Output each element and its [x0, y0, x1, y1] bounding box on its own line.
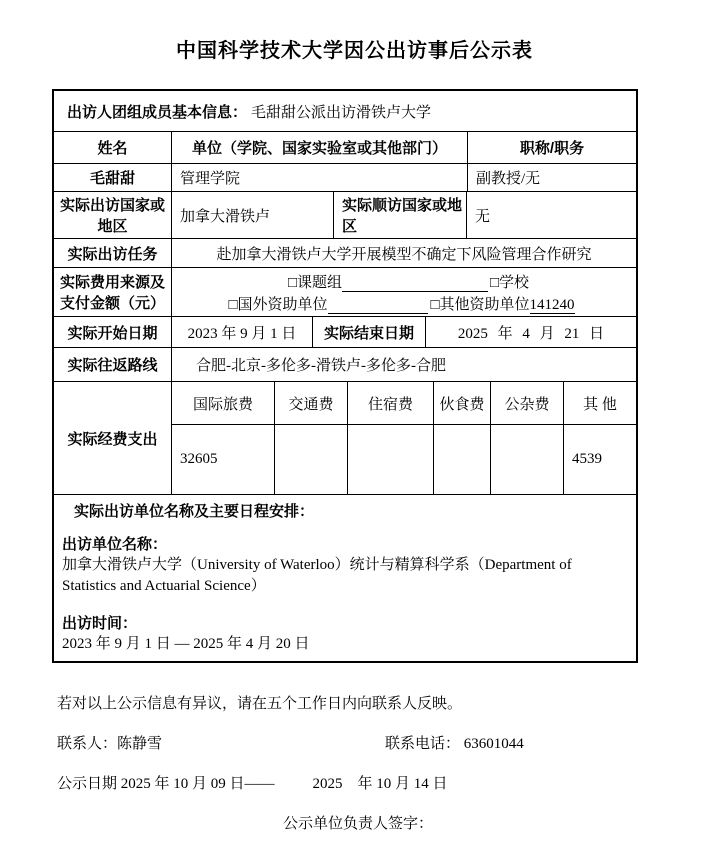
row-basic-info: 出访人团组成员基本信息： 毛甜甜公派出访滑铁卢大学	[54, 91, 636, 132]
header-position: 职称/职务	[468, 132, 636, 163]
expense-col-other: 其 他	[564, 382, 636, 424]
checkbox-icon: □	[288, 275, 297, 292]
expense-col-lodging: 住宿费	[348, 382, 434, 424]
country-value: 加拿大滑铁卢	[172, 192, 334, 238]
page-title: 中国科学技术大学因公出访事后公示表	[0, 34, 709, 63]
task-value: 赴加拿大滑铁卢大学开展模型不确定下风险管理合作研究	[172, 239, 636, 267]
member-position: 副教授/无	[468, 164, 636, 191]
checkbox-icon: □	[430, 297, 439, 314]
schedule-unit-label: 出访单位名称：	[62, 534, 628, 555]
row-headers: 姓名 单位（学院、国家实验室或其他部门） 职称/职务	[54, 132, 636, 164]
end-date-value: 2025 年 4 月 21 日	[426, 317, 636, 347]
row-dates: 实际开始日期 2023 年 9 月 1 日 实际结束日期 2025 年 4 月 …	[54, 317, 636, 348]
schedule-time-label: 出访时间：	[62, 613, 628, 634]
publish-date-start: 公示日期 2025 年 10 月 09 日——	[57, 772, 275, 793]
task-label: 实际出访任务	[54, 239, 172, 267]
contact-line: 联系人： 陈静雪 联系电话： 63601044	[57, 732, 652, 753]
funding-item-value	[328, 297, 429, 314]
phone-value: 63601044	[464, 736, 524, 752]
start-date-value: 2023 年 9 月 1 日	[172, 317, 313, 347]
row-expenses: 实际经费支出 国际旅费 交通费 住宿费 伙食费 公杂费 其 他 32605 45…	[54, 382, 636, 495]
expense-val-lodging	[348, 425, 434, 494]
basic-info-cell: 出访人团组成员基本信息： 毛甜甜公派出访滑铁卢大学	[54, 91, 636, 131]
basic-info-label: 出访人团组成员基本信息：	[67, 101, 247, 122]
row-funding: 实际费用来源及支付金额（元） □课题组 □学校 □国外资助单位	[54, 268, 636, 317]
row-task: 实际出访任务 赴加拿大滑铁卢大学开展模型不确定下风险管理合作研究	[54, 239, 636, 268]
side-country-value: 无	[467, 192, 636, 238]
start-date-label: 实际开始日期	[54, 317, 172, 347]
funding-item-foreign: □国外资助单位	[228, 293, 430, 314]
row-country: 实际出访国家或地区 加拿大滑铁卢 实际顺访国家或地区 无	[54, 192, 636, 239]
schedule-unit-line2: Statistics and Actuarial Science）	[62, 576, 628, 597]
funding-item-project: □课题组	[288, 271, 490, 292]
contact-label: 联系人：	[57, 732, 117, 753]
funding-item-other: □其他资助单位 141240	[430, 293, 588, 314]
expense-val-other: 4539	[564, 425, 636, 494]
expense-val-international: 32605	[172, 425, 275, 494]
row-route: 实际往返路线 合肥-北京-多伦多-滑铁卢-多伦多-合肥	[54, 348, 636, 382]
funding-line-1: □课题组 □学校	[288, 270, 529, 292]
expenses-label: 实际经费支出	[54, 382, 172, 494]
expenses-value-row: 32605 4539	[172, 425, 636, 494]
expense-val-misc	[491, 425, 564, 494]
checkbox-icon: □	[490, 275, 499, 292]
signature-label: 公示单位负责人签字：	[283, 812, 433, 833]
funding-item-label: 学校	[499, 271, 529, 292]
expense-val-transport	[275, 425, 348, 494]
funding-item-label: 其他资助单位	[440, 293, 530, 314]
funding-item-value: 141240	[530, 297, 575, 314]
basic-info-value: 毛甜甜公派出访滑铁卢大学	[251, 101, 431, 122]
main-table: 出访人团组成员基本信息： 毛甜甜公派出访滑铁卢大学 姓名 单位（学院、国家实验室…	[52, 89, 638, 663]
funding-cell: □课题组 □学校 □国外资助单位 □其他资助单位 1412	[172, 268, 636, 316]
funding-item-label: 国外资助单位	[238, 293, 328, 314]
phone-group: 联系电话： 63601044	[385, 732, 524, 753]
member-unit: 管理学院	[172, 164, 468, 191]
funding-label: 实际费用来源及支付金额（元）	[54, 268, 172, 316]
funding-item-value	[342, 275, 488, 292]
publish-date-end: 2025 年 10 月 14 日	[313, 772, 448, 793]
expenses-grid: 国际旅费 交通费 住宿费 伙食费 公杂费 其 他 32605 4539	[172, 382, 636, 494]
funding-item-label: 课题组	[297, 271, 342, 292]
row-schedule: 实际出访单位名称及主要日程安排： 出访单位名称： 加拿大滑铁卢大学（Univer…	[54, 495, 636, 661]
country-label: 实际出访国家或地区	[54, 192, 172, 238]
phone-label: 联系电话：	[385, 736, 460, 752]
expense-col-international: 国际旅费	[172, 382, 275, 424]
member-name: 毛甜甜	[54, 164, 172, 191]
schedule-cell: 实际出访单位名称及主要日程安排： 出访单位名称： 加拿大滑铁卢大学（Univer…	[54, 495, 636, 661]
expense-col-transport: 交通费	[275, 382, 348, 424]
funding-line-2: □国外资助单位 □其他资助单位 141240	[228, 292, 588, 314]
funding-item-school: □学校	[490, 271, 529, 292]
contact-name: 陈静雪	[117, 732, 162, 753]
expenses-header-row: 国际旅费 交通费 住宿费 伙食费 公杂费 其 他	[172, 382, 636, 425]
side-country-label: 实际顺访国家或地区	[334, 192, 467, 238]
publish-date-line: 公示日期 2025 年 10 月 09 日—— 2025 年 10 月 14 日	[57, 772, 448, 793]
route-label: 实际往返路线	[54, 348, 172, 381]
expense-val-meals	[434, 425, 491, 494]
end-date-label: 实际结束日期	[313, 317, 426, 347]
schedule-unit-line1: 加拿大滑铁卢大学（University of Waterloo）统计与精算科学系…	[62, 555, 628, 576]
objection-notice: 若对以上公示信息有异议，请在五个工作日内向联系人反映。	[57, 692, 462, 713]
schedule-title: 实际出访单位名称及主要日程安排：	[62, 501, 628, 522]
document-page: 中国科学技术大学因公出访事后公示表 出访人团组成员基本信息： 毛甜甜公派出访滑铁…	[0, 0, 709, 850]
header-name: 姓名	[54, 132, 172, 163]
row-member: 毛甜甜 管理学院 副教授/无	[54, 164, 636, 192]
expense-col-meals: 伙食费	[434, 382, 491, 424]
route-value: 合肥-北京-多伦多-滑铁卢-多伦多-合肥	[172, 348, 636, 381]
schedule-time-value: 2023 年 9 月 1 日 — 2025 年 4 月 20 日	[62, 634, 628, 655]
expense-col-misc: 公杂费	[491, 382, 564, 424]
header-unit: 单位（学院、国家实验室或其他部门）	[172, 132, 468, 163]
checkbox-icon: □	[228, 297, 237, 314]
